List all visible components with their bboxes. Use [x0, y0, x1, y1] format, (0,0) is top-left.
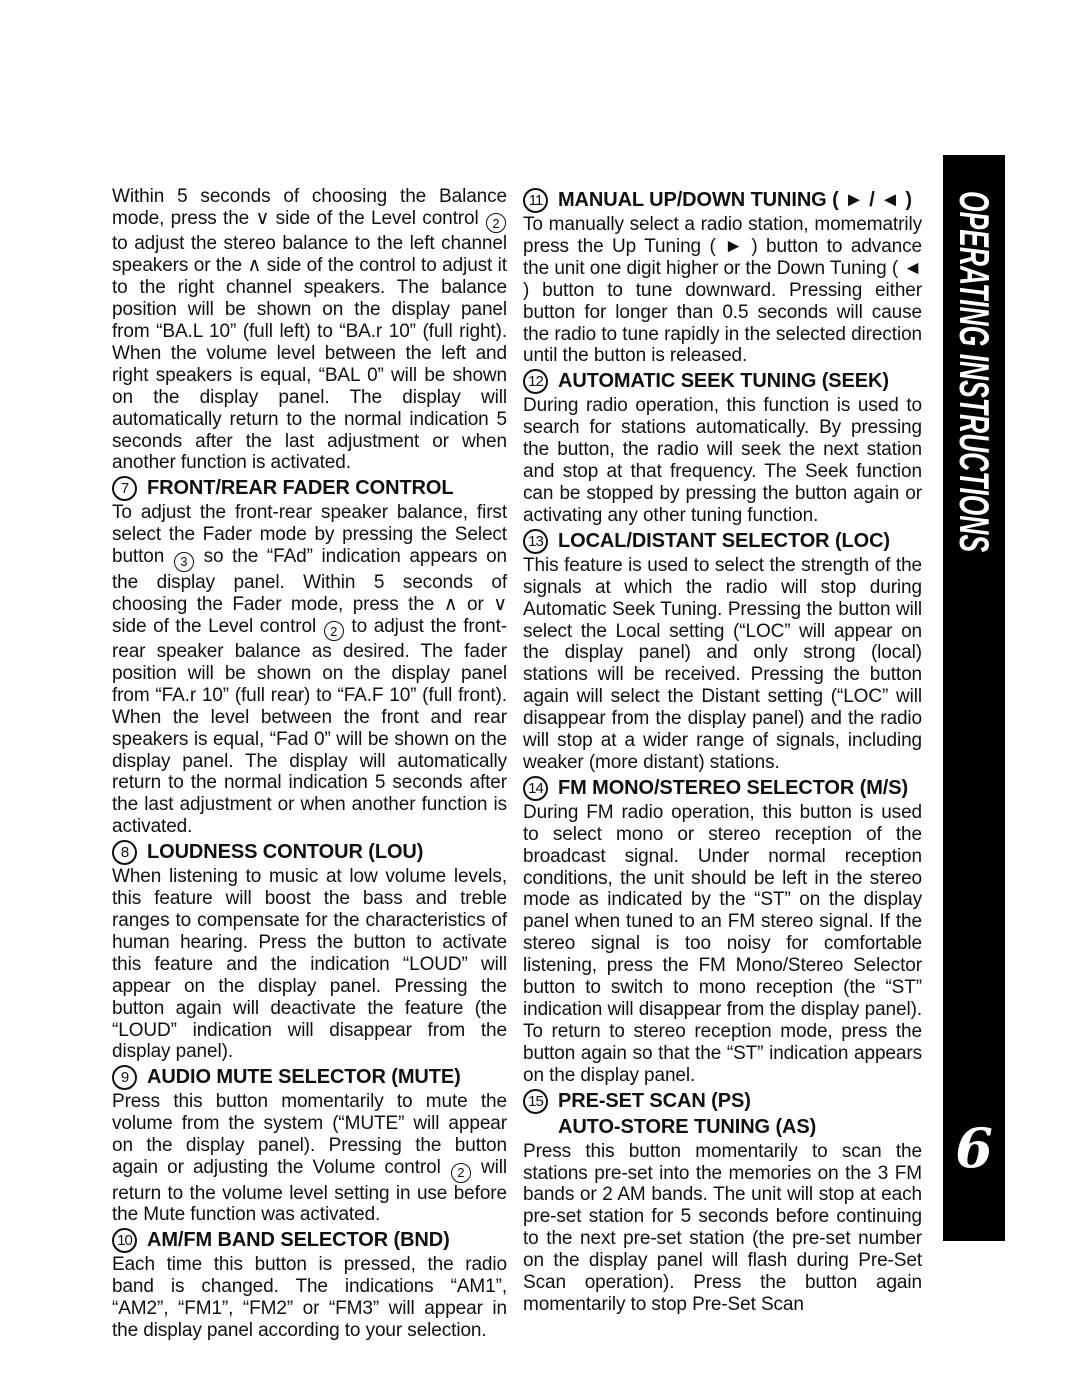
heading-line: FM MONO/STEREO SELECTOR (M/S)	[558, 775, 908, 801]
circled-number: 14	[523, 776, 548, 801]
section-heading: 10AM/FM BAND SELECTOR (BND)	[112, 1227, 507, 1253]
circled-number: 15	[523, 1089, 548, 1114]
right-column: 11MANUAL UP/DOWN TUNING ( ► / ◄ )To manu…	[523, 186, 922, 1316]
manual-page: Within 5 seconds of choosing the Balance…	[0, 0, 1080, 1397]
heading-title: FM MONO/STEREO SELECTOR (M/S)	[558, 775, 908, 801]
heading-title: AM/FM BAND SELECTOR (BND)	[147, 1227, 450, 1253]
heading-title: MANUAL UP/DOWN TUNING ( ► / ◄ )	[558, 187, 912, 213]
heading-line: AUDIO MUTE SELECTOR (MUTE)	[147, 1064, 461, 1090]
circled-number: 13	[523, 529, 548, 554]
paragraph: Press this button momentarily to scan th…	[523, 1141, 922, 1316]
paragraph: Within 5 seconds of choosing the Balance…	[112, 186, 507, 474]
heading-title: AUDIO MUTE SELECTOR (MUTE)	[147, 1064, 461, 1090]
section-heading: 15PRE-SET SCAN (PS)AUTO-STORE TUNING (AS…	[523, 1088, 922, 1140]
heading-line: PRE-SET SCAN (PS)	[558, 1088, 816, 1114]
circled-number: 10	[112, 1228, 137, 1253]
circled-number: 12	[523, 369, 548, 394]
heading-title: AUTOMATIC SEEK TUNING (SEEK)	[558, 368, 889, 394]
paragraph: This feature is used to select the stren…	[523, 555, 922, 774]
paragraph: Press this button momentarily to mute th…	[112, 1091, 507, 1226]
heading-line: LOCAL/DISTANT SELECTOR (LOC)	[558, 528, 890, 554]
heading-title: PRE-SET SCAN (PS)AUTO-STORE TUNING (AS)	[558, 1088, 816, 1140]
inline-circled-number: 2	[451, 1163, 471, 1183]
heading-title: LOCAL/DISTANT SELECTOR (LOC)	[558, 528, 890, 554]
circled-number: 7	[112, 476, 137, 501]
operating-instructions-tab: OPERATING INSTRUCTIONS 6	[943, 155, 1005, 1241]
page-number: 6	[943, 1121, 1005, 1175]
circled-number: 9	[112, 1065, 137, 1090]
heading-line: AUTOMATIC SEEK TUNING (SEEK)	[558, 368, 889, 394]
section-heading: 12AUTOMATIC SEEK TUNING (SEEK)	[523, 368, 922, 394]
inline-circled-number: 3	[174, 552, 194, 572]
heading-line: AUTO-STORE TUNING (AS)	[558, 1114, 816, 1140]
section-heading: 14FM MONO/STEREO SELECTOR (M/S)	[523, 775, 922, 801]
inline-circled-number: 2	[324, 621, 344, 641]
paragraph: During FM radio operation, this button i…	[523, 802, 922, 1087]
circled-number: 11	[523, 188, 548, 213]
inline-circled-number: 2	[486, 213, 506, 233]
section-heading: 8LOUDNESS CONTOUR (LOU)	[112, 839, 507, 865]
circled-number: 8	[112, 840, 137, 865]
paragraph: To manually select a radio station, mome…	[523, 214, 922, 367]
section-heading: 11MANUAL UP/DOWN TUNING ( ► / ◄ )	[523, 187, 922, 213]
paragraph: Each time this button is pressed, the ra…	[112, 1254, 507, 1342]
paragraph: To adjust the front-rear speaker balance…	[112, 502, 507, 838]
heading-line: AM/FM BAND SELECTOR (BND)	[147, 1227, 450, 1253]
paragraph: When listening to music at low volume le…	[112, 866, 507, 1063]
heading-line: LOUDNESS CONTOUR (LOU)	[147, 839, 423, 865]
section-heading: 7FRONT/REAR FADER CONTROL	[112, 475, 507, 501]
heading-title: FRONT/REAR FADER CONTROL	[147, 475, 453, 501]
section-heading: 13LOCAL/DISTANT SELECTOR (LOC)	[523, 528, 922, 554]
left-column: Within 5 seconds of choosing the Balance…	[112, 186, 507, 1342]
heading-line: MANUAL UP/DOWN TUNING ( ► / ◄ )	[558, 187, 912, 213]
heading-title: LOUDNESS CONTOUR (LOU)	[147, 839, 423, 865]
heading-line: FRONT/REAR FADER CONTROL	[147, 475, 453, 501]
section-heading: 9AUDIO MUTE SELECTOR (MUTE)	[112, 1064, 507, 1090]
operating-instructions-label: OPERATING INSTRUCTIONS	[950, 191, 998, 552]
paragraph: During radio operation, this function is…	[523, 395, 922, 526]
